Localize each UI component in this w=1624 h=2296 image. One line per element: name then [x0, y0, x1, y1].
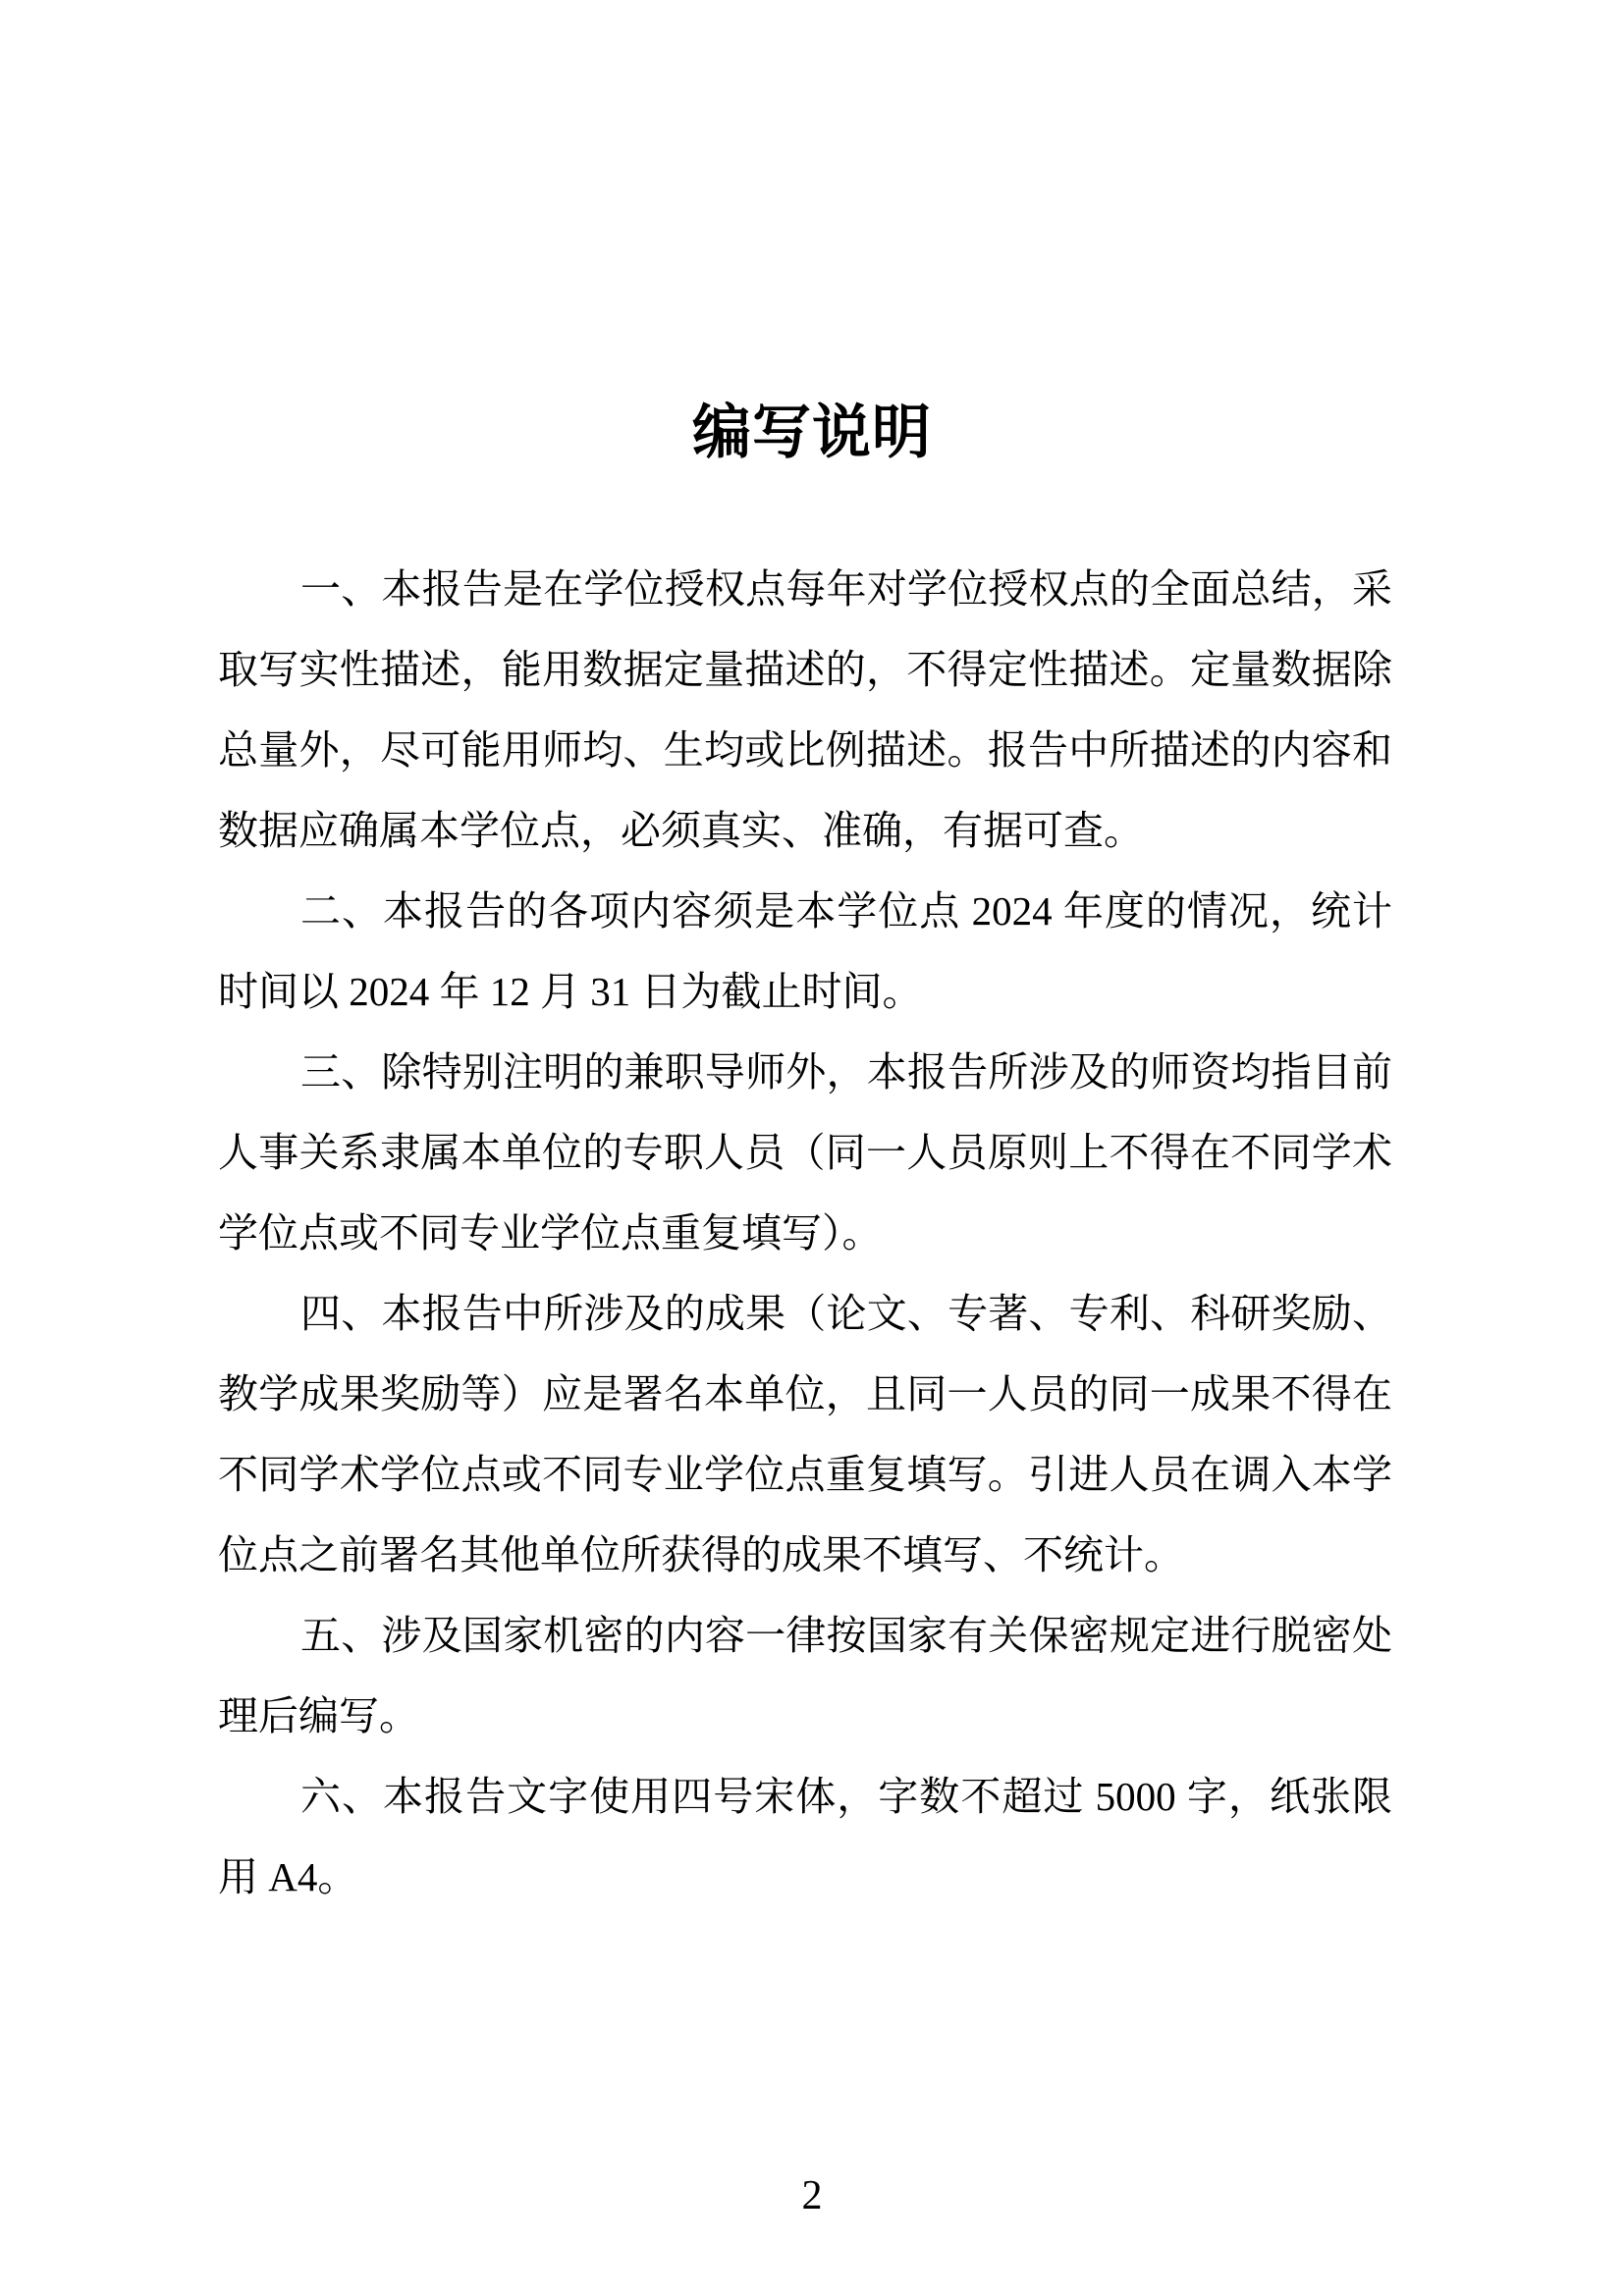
- page-number: 2: [0, 2171, 1624, 2220]
- body-line: 总量外，尽可能用师均、生均或比例描述。报告中所描述的内容和: [218, 710, 1392, 790]
- body-line: 五、涉及国家机密的内容一律按国家有关保密规定进行脱密处: [218, 1595, 1392, 1676]
- instructions-body: 一、本报告是在学位授权点每年对学位授权点的全面总结，采 取写实性描述，能用数据定…: [218, 549, 1392, 1917]
- body-line: 数据应确属本学位点，必须真实、准确，有据可查。: [218, 790, 1392, 871]
- body-line: 一、本报告是在学位授权点每年对学位授权点的全面总结，采: [218, 549, 1392, 629]
- body-line: 取写实性描述，能用数据定量描述的，不得定性描述。定量数据除: [218, 629, 1392, 710]
- body-line: 二、本报告的各项内容须是本学位点 2024 年度的情况，统计: [218, 871, 1392, 951]
- body-line: 人事关系隶属本单位的专职人员（同一人员原则上不得在不同学术: [218, 1112, 1392, 1193]
- document-page: 编写说明 一、本报告是在学位授权点每年对学位授权点的全面总结，采 取写实性描述，…: [0, 0, 1624, 2296]
- body-line: 学位点或不同专业学位点重复填写）。: [218, 1193, 1392, 1273]
- body-line: 四、本报告中所涉及的成果（论文、专著、专利、科研奖励、: [218, 1273, 1392, 1354]
- body-line: 不同学术学位点或不同专业学位点重复填写。引进人员在调入本学: [218, 1434, 1392, 1515]
- page-title: 编写说明: [0, 392, 1624, 474]
- body-line: 六、本报告文字使用四号宋体，字数不超过 5000 字，纸张限: [218, 1756, 1392, 1837]
- body-line: 位点之前署名其他单位所获得的成果不填写、不统计。: [218, 1515, 1392, 1595]
- body-line: 用 A4。: [218, 1837, 1392, 1917]
- body-line: 教学成果奖励等）应是署名本单位，且同一人员的同一成果不得在: [218, 1354, 1392, 1434]
- body-line: 三、除特别注明的兼职导师外，本报告所涉及的师资均指目前: [218, 1032, 1392, 1112]
- body-line: 理后编写。: [218, 1676, 1392, 1756]
- body-line: 时间以 2024 年 12 月 31 日为截止时间。: [218, 951, 1392, 1032]
